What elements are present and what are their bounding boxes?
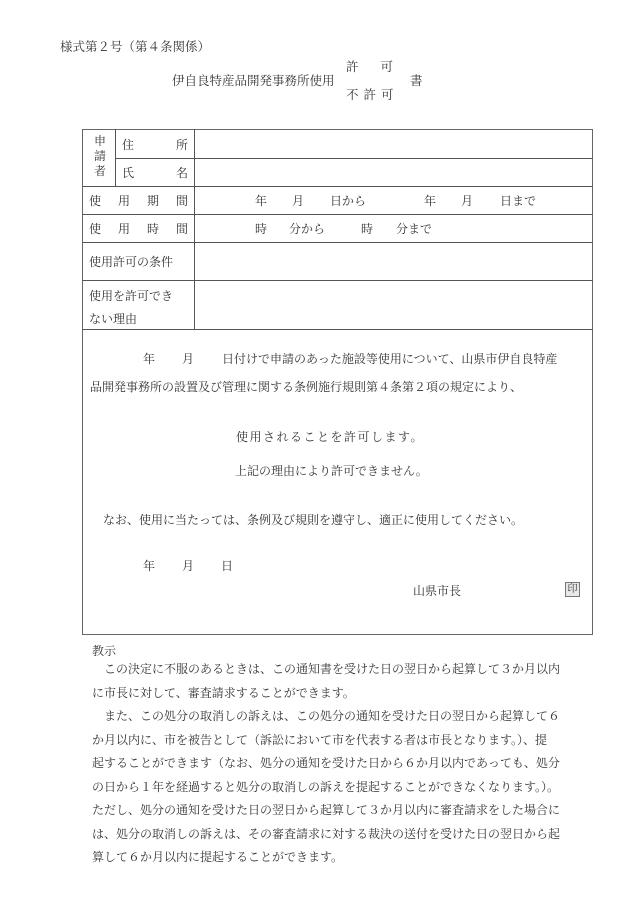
usage-period-field[interactable]: 年 月 日から 年 月 日まで [196,187,591,214]
month-unit: 月 [292,192,304,209]
teaching-line: 算して６か月以内に提起することができます。 [92,846,560,870]
usage-period-label: 使 用 期 間 [89,187,188,214]
address-label: 住 所 [122,130,188,158]
issue-year-unit: 年 [143,557,155,574]
teaching-line: 起することができます（なお、処分の通知を受けた日から６か月以内であっても、処分 [92,752,560,776]
label-char: 使 [89,192,101,209]
year-unit: 年 [255,192,267,209]
teaching-heading: 教示 [92,642,116,659]
minute-until-unit: 分まで [396,220,432,237]
permit-conditions-field[interactable] [196,243,591,280]
label-char: 氏 [122,164,134,181]
label-char: 名 [176,164,188,181]
minute-from-unit: 分から [289,220,325,237]
teaching-line: に市長に対して、審査請求することができます。 [92,682,560,706]
col-divider [194,129,195,329]
applicant-group-label: 申請者 [90,134,110,179]
title-permit-char-1: 許 [346,59,359,74]
label-line: ない理由 [89,308,173,331]
application-month-unit: 月 [182,350,194,367]
label-char: 時 [147,220,159,237]
col-divider [115,129,116,186]
document-title: 伊自良特産品開発事務所使用 [172,71,335,89]
teaching-line: は、処分の取消しの訴えは、その審査請求に対する裁決の送付を受けた日の翌日から起 [92,823,560,847]
teaching-line: か月以内に、市を被告として（訴訟において市を代表する者は市長となります。）、提 [92,729,560,753]
deny-reason-label: 使用を許可でき ない理由 [89,285,173,331]
title-option-deny: 不許可 [346,85,399,103]
title-suffix: 書 [410,71,423,89]
day-until-unit: 日まで [500,192,536,209]
label-line: 使用を許可でき [89,285,173,308]
issue-day-unit: 日 [221,557,233,574]
form-number: 様式第２号（第４条関係） [60,37,210,55]
teaching-line: この決定に不服のあるときは、この通知書を受けた日の翌日から起算して３か月以内 [92,658,560,682]
label-char: 所 [176,136,188,153]
issuer-name: 山県市長 [413,582,461,599]
hour-unit: 時 [361,220,373,237]
name-label: 氏 名 [122,159,188,186]
usage-note: なお、使用に当たっては、条例及び規則を遵守し、適正に使用してください。 [103,511,523,528]
seal-icon: 印 [565,582,580,597]
deny-reason-field[interactable] [196,281,591,329]
name-field[interactable] [196,159,591,186]
application-year-unit: 年 [143,350,155,367]
permit-conditions-label: 使用許可の条件 [89,243,193,280]
teaching-line: の日から１年を経過すると処分の取消しの訴えを提起することができなくなります。）。 [92,776,560,800]
label-char: 使 [89,220,101,237]
usage-time-field[interactable]: 時 分から 時 分まで [196,215,591,242]
usage-time-label: 使 用 時 間 [89,215,188,242]
label-char: 住 [122,136,134,153]
month-unit: 月 [461,192,473,209]
title-option-permit: 許可 [346,57,393,75]
day-from-unit: 日から [330,192,366,209]
title-permit-char-2: 可 [381,59,394,74]
hour-unit: 時 [255,220,267,237]
label-char: 間 [176,192,188,209]
label-char: 間 [176,220,188,237]
label-char: 用 [118,220,130,237]
issue-month-unit: 月 [182,557,194,574]
address-field[interactable] [196,130,591,158]
paragraph-line-2: 品開発事務所の設置及び管理に関する条例施行規則第４条第２項の規定により、 [90,378,522,395]
year-unit: 年 [424,192,436,209]
teaching-line: ただし、処分の通知を受けた日の翌日から起算して３か月以内に審査請求をした場合に [92,799,560,823]
teaching-text: この決定に不服のあるときは、この通知書を受けた日の翌日から起算して３か月以内 に… [92,658,560,870]
permit-statement: 使用されることを許可します。 [236,428,424,445]
label-char: 用 [118,192,130,209]
deny-statement: 上記の理由により許可できません。 [235,462,428,479]
teaching-line: また、この処分の取消しの訴えは、この処分の通知を受けた日の翌日から起算して６ [92,705,560,729]
label-char: 期 [147,192,159,209]
paragraph-line-1: 日付けで申請のあった施設等使用について、山県市伊自良特産 [222,350,557,367]
